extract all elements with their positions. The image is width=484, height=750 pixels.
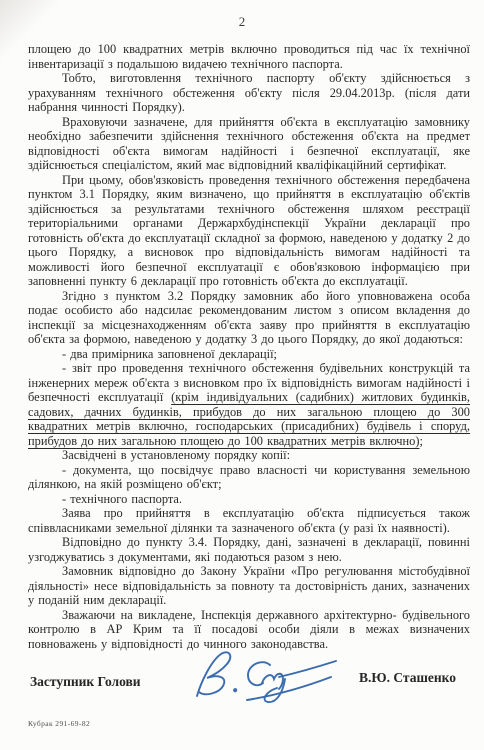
text-segment: Заява про прийняття в експлуатацію об'єк… <box>28 506 470 535</box>
paragraph: Засвідчені в установленому порядку копії… <box>28 448 470 463</box>
signer-name: В.Ю. Сташенко <box>359 670 456 686</box>
paragraph: Зважаючи на викладене, Інспекція державн… <box>28 608 470 652</box>
paragraph: - два примірника заповненої декларації; <box>28 347 470 362</box>
text-segment: ; <box>419 434 422 448</box>
paragraph: Замовник відповідно до Закону України «П… <box>28 564 470 608</box>
executor-footer-note: Кубрак 291-69-82 <box>28 719 90 728</box>
paragraph: площею до 100 квадратних метрів включно … <box>28 42 470 71</box>
scanned-document-page: 2 площею до 100 квадратних метрів включн… <box>0 0 484 750</box>
paragraph: Заява про прийняття в експлуатацію об'єк… <box>28 506 470 535</box>
text-segment: Відповідно до пункту 3.4. Порядку, дані,… <box>28 535 470 564</box>
page-number: 2 <box>0 14 484 30</box>
signature-handwriting-icon <box>190 648 350 710</box>
text-segment: Враховуючи зазначене, для прийняття об'є… <box>28 115 470 173</box>
paragraph: При цьому, обов'язковість проведення тех… <box>28 173 470 289</box>
signature-block: Заступник Голови В.Ю. Сташенко <box>30 648 460 710</box>
paragraph: - документа, що посвідчує право власност… <box>28 463 470 492</box>
text-segment: площею до 100 квадратних метрів включно … <box>28 42 470 71</box>
paragraph: Враховуючи зазначене, для прийняття об'є… <box>28 115 470 173</box>
paragraph: - звіт про проведення технічного обстеже… <box>28 361 470 448</box>
text-segment: Засвідчені в установленому порядку копії… <box>62 448 290 462</box>
text-segment: Зважаючи на викладене, Інспекція державн… <box>28 608 470 651</box>
paragraph: - технічного паспорта. <box>28 492 470 507</box>
text-segment: Тобто, виготовлення технічного паспорту … <box>28 71 470 114</box>
text-segment: Замовник відповідно до Закону України «П… <box>28 564 470 607</box>
signer-position-title: Заступник Голови <box>30 674 141 690</box>
text-segment: - два примірника заповненої декларації; <box>62 347 277 361</box>
text-segment: Згідно з пунктом 3.2 Порядку замовник аб… <box>28 289 470 347</box>
text-segment: При цьому, обов'язковість проведення тех… <box>28 173 470 289</box>
paragraph: Згідно з пунктом 3.2 Порядку замовник аб… <box>28 289 470 347</box>
text-segment: - технічного паспорта. <box>62 492 182 506</box>
paragraph: Тобто, виготовлення технічного паспорту … <box>28 71 470 115</box>
paragraph: Відповідно до пункту 3.4. Порядку, дані,… <box>28 535 470 564</box>
text-segment: - документа, що посвідчує право власност… <box>28 463 470 492</box>
document-body: площею до 100 квадратних метрів включно … <box>28 42 470 651</box>
